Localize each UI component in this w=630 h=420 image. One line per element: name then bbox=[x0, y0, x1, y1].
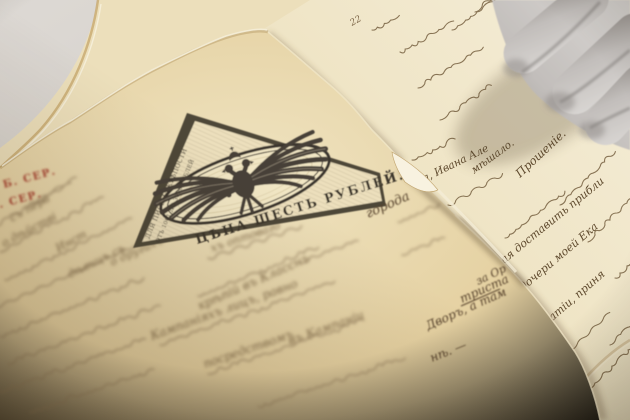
photo-canvas: 22 мѣшало. Прошенiе. Желая доставить при… bbox=[0, 0, 630, 420]
archival-photo: 22 мѣшало. Прошенiе. Желая доставить при… bbox=[0, 0, 630, 420]
corner-shading bbox=[0, 0, 630, 420]
